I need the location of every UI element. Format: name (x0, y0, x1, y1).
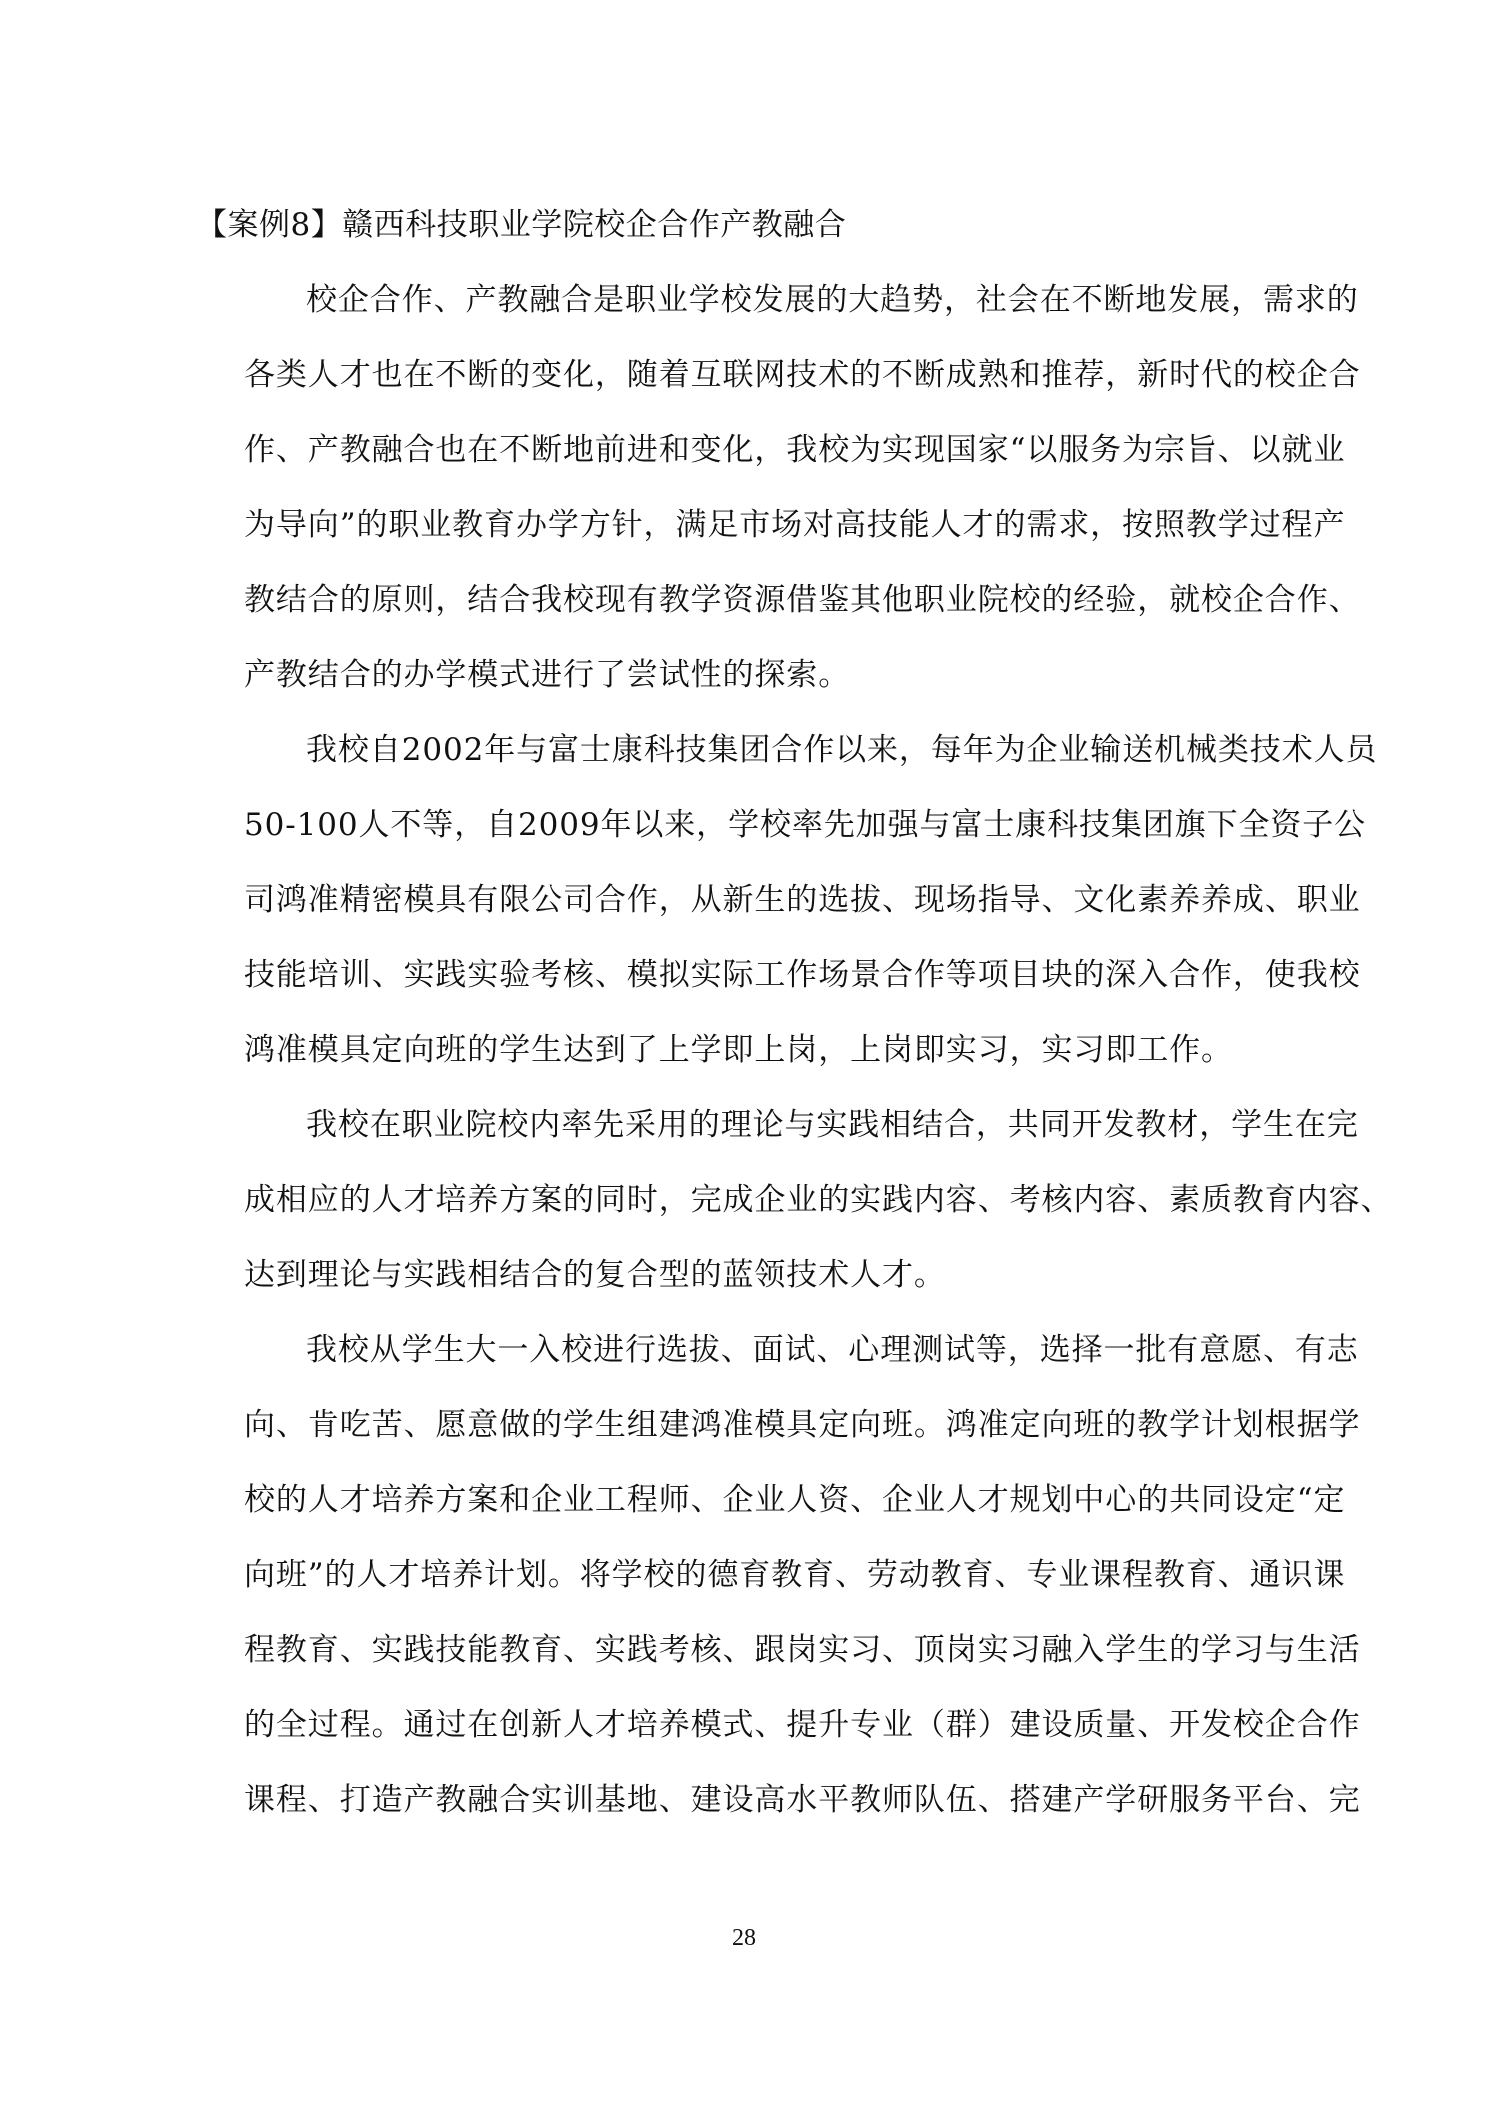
text-line: 我校自2002年与富士康科技集团合作以来，每年为企业输送机械类技术人员 (182, 713, 1312, 788)
text-line: 校的人才培养方案和企业工程师、企业人资、企业人才规划中心的共同设定“定 (182, 1463, 1312, 1538)
text-line: 鸿准模具定向班的学生达到了上学即上岗，上岗即实习，实习即工作。 (182, 1013, 1312, 1088)
text-line: 达到理论与实践相结合的复合型的蓝领技术人才。 (182, 1238, 1312, 1313)
text-line: 的全过程。通过在创新人才培养模式、提升专业（群）建设质量、开发校企合作 (182, 1688, 1312, 1763)
page-content: 【案例8】赣西科技职业学院校企合作产教融合 校企合作、产教融合是职业学校发展的大… (182, 188, 1312, 1838)
text-line: 我校在职业院校内率先采用的理论与实践相结合，共同开发教材，学生在完 (182, 1088, 1312, 1163)
page-number: 28 (0, 1925, 1488, 1952)
text-line: 我校从学生大一入校进行选拔、面试、心理测试等，选择一批有意愿、有志 (182, 1313, 1312, 1388)
text-line: 向班”的人才培养计划。将学校的德育教育、劳动教育、专业课程教育、通识课 (182, 1538, 1312, 1613)
paragraph-intro: 校企合作、产教融合是职业学校发展的大趋势，社会在不断地发展，需求的 各类人才也在… (182, 263, 1312, 713)
text-line: 成相应的人才培养方案的同时，完成企业的实践内容、考核内容、素质教育内容、 (182, 1163, 1312, 1238)
text-line: 司鸿准精密模具有限公司合作，从新生的选拔、现场指导、文化素养养成、职业 (182, 863, 1312, 938)
case-title: 【案例8】赣西科技职业学院校企合作产教融合 (182, 188, 1312, 263)
paragraph-directional-class: 我校从学生大一入校进行选拔、面试、心理测试等，选择一批有意愿、有志 向、肯吃苦、… (182, 1313, 1312, 1838)
text-line: 产教结合的办学模式进行了尝试性的探索。 (182, 638, 1312, 713)
document-page: 【案例8】赣西科技职业学院校企合作产教融合 校企合作、产教融合是职业学校发展的大… (0, 0, 1488, 2105)
text-line: 教结合的原则，结合我校现有教学资源借鉴其他职业院校的经验，就校企合作、 (182, 563, 1312, 638)
paragraph-theory-practice: 我校在职业院校内率先采用的理论与实践相结合，共同开发教材，学生在完 成相应的人才… (182, 1088, 1312, 1313)
text-line: 向、肯吃苦、愿意做的学生组建鸿准模具定向班。鸿准定向班的教学计划根据学 (182, 1388, 1312, 1463)
text-line: 技能培训、实践实验考核、模拟实际工作场景合作等项目块的深入合作，使我校 (182, 938, 1312, 1013)
text-line: 课程、打造产教融合实训基地、建设高水平教师队伍、搭建产学研服务平台、完 (182, 1763, 1312, 1838)
text-line: 校企合作、产教融合是职业学校发展的大趋势，社会在不断地发展，需求的 (182, 263, 1312, 338)
text-line: 作、产教融合也在不断地前进和变化，我校为实现国家“以服务为宗旨、以就业 (182, 413, 1312, 488)
text-line: 50-100人不等，自2009年以来，学校率先加强与富士康科技集团旗下全资子公 (182, 788, 1312, 863)
paragraph-foxconn-cooperation: 我校自2002年与富士康科技集团合作以来，每年为企业输送机械类技术人员 50-1… (182, 713, 1312, 1088)
text-line: 程教育、实践技能教育、实践考核、跟岗实习、顶岗实习融入学生的学习与生活 (182, 1613, 1312, 1688)
text-line: 各类人才也在不断的变化，随着互联网技术的不断成熟和推荐，新时代的校企合 (182, 338, 1312, 413)
text-line: 为导向”的职业教育办学方针，满足市场对高技能人才的需求，按照教学过程产 (182, 488, 1312, 563)
